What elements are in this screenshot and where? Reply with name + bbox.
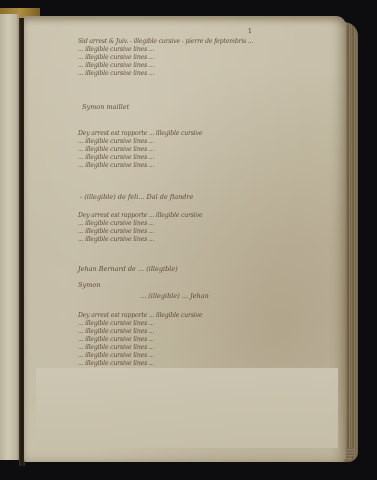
- text-line: ... illegible cursive lines ...: [78, 138, 318, 146]
- text-line: Sid arrest & Juiv. - illegible cursive -…: [78, 38, 318, 46]
- text-line: Dey arrest est rapporte ... illegible cu…: [78, 312, 318, 320]
- entry-8-heading: ... (illegible) ... Jehan: [140, 292, 209, 300]
- entry-4-heading: - (illegible) de feli... Dal de flandre: [80, 193, 193, 201]
- text-line: ... illegible cursive lines ...: [78, 320, 318, 328]
- text-line: ... illegible cursive lines ...: [78, 352, 318, 360]
- text-line: ... illegible cursive lines ...: [78, 162, 318, 170]
- text-line: ... illegible cursive lines ...: [78, 336, 318, 344]
- entry-3-text: Dey arrest est rapporte ... illegible cu…: [78, 130, 318, 170]
- manuscript-photo: 1 Sid arrest & Juiv. - illegible cursive…: [0, 0, 377, 480]
- text-line: ... illegible cursive lines ...: [78, 70, 318, 78]
- text-line: ... illegible cursive lines ...: [78, 62, 318, 70]
- repaired-lower-section: [36, 368, 338, 448]
- entry-2-heading: Symon maillet: [82, 103, 129, 111]
- text-line: ... illegible cursive lines ...: [78, 360, 318, 368]
- text-line: ... illegible cursive lines ...: [78, 228, 318, 236]
- entry-1-text: Sid arrest & Juiv. - illegible cursive -…: [78, 38, 318, 78]
- entry-9-text: Dey arrest est rapporte ... illegible cu…: [78, 312, 318, 368]
- text-line: Dey arrest est rapporte ... illegible cu…: [78, 130, 318, 138]
- text-line: ... illegible cursive lines ...: [78, 236, 318, 244]
- text-line: ... illegible cursive lines ...: [78, 220, 318, 228]
- text-line: ... illegible cursive lines ...: [78, 344, 318, 352]
- text-line: Dey arrest est rapporte ... illegible cu…: [78, 212, 318, 220]
- folio-number: 1: [248, 28, 252, 35]
- text-line: ... illegible cursive lines ...: [78, 328, 318, 336]
- entry-7-heading: Symon: [78, 281, 100, 289]
- entry-6-heading: Jehan Bernard de ... (illegible): [78, 265, 178, 273]
- text-line: ... illegible cursive lines ...: [78, 46, 318, 54]
- entry-5-text: Dey arrest est rapporte ... illegible cu…: [78, 212, 318, 244]
- text-line: ... illegible cursive lines ...: [78, 146, 318, 154]
- text-line: ... illegible cursive lines ...: [78, 154, 318, 162]
- text-line: ... illegible cursive lines ...: [78, 54, 318, 62]
- left-facing-leaf: [0, 14, 20, 460]
